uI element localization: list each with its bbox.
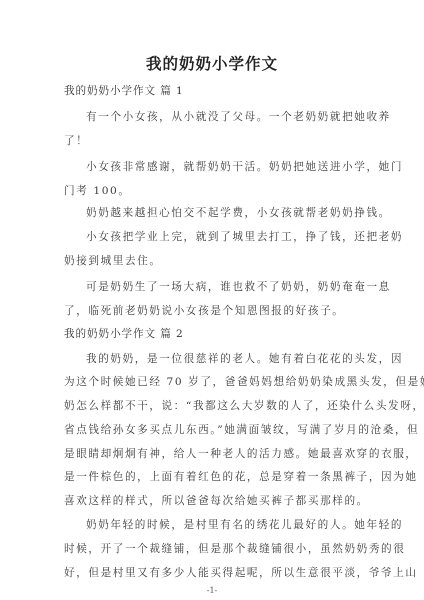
document-title: 我的奶奶小学作文	[0, 52, 424, 74]
paragraph-line: 门考 100。	[64, 184, 362, 198]
section-heading-2: 我的奶奶小学作文 篇 2	[64, 327, 362, 341]
paragraph-line: 奶接到城里去住。	[64, 254, 362, 268]
paragraph-line: 可是奶奶生了一场大病，谁也救不了奶奶，奶奶奄奄一息	[86, 280, 362, 294]
paragraph-line: 喜欢这样的样式，所以爸爸每次给她买裤子都买那样的。	[64, 494, 362, 508]
paragraph-line: 好，但是村里又有多少人能买得起呢，所以生意很平淡，爷爷上山	[64, 566, 362, 580]
paragraph-line: 了，临死前老奶奶说小女孩是个知恩图报的好孩子。	[64, 304, 362, 318]
paragraph-line: 奶怎么样都不干，说：“我都这么大岁数的人了，还染什么头发呀，	[64, 399, 362, 413]
paragraph-line: 是眼睛却炯炯有神，给人一种老人的活力感。她最喜欢穿的衣服，	[64, 447, 362, 461]
section-heading-1: 我的奶奶小学作文 篇 1	[64, 84, 362, 98]
paragraph-line: 有一个小女孩，从小就没了父母。一个老奶奶就把她收养	[86, 110, 362, 124]
paragraph-line: 是一件棕色的，上面有着红色的花，总是穿着一条黑裤子，因为她	[64, 470, 362, 484]
document-page: 我的奶奶小学作文 我的奶奶小学作文 篇 1 有一个小女孩，从小就没了父母。一个老…	[0, 0, 424, 600]
paragraph-line: 省点钱给孙女多买点儿东西。”她满面皱纹，写满了岁月的沧桑，但	[64, 423, 362, 437]
paragraph-line: 小女孩非常感谢，就帮奶奶干活。奶奶把她送进小学，她门	[86, 160, 362, 174]
paragraph-line: 小女孩把学业上完，就到了城里去打工，挣了钱，还把老奶	[86, 230, 362, 244]
page-number: -1-	[0, 586, 424, 595]
paragraph-line: 了！	[64, 134, 362, 148]
paragraph-line: 时候，开了一个裁缝铺，但是那个裁缝铺很小，虽然奶奶秀的很	[64, 542, 362, 556]
paragraph-line: 我的奶奶，是一位很慈祥的老人。她有着白花花的头发，因	[86, 352, 362, 366]
paragraph-line: 为这个时候她已经 70 岁了，爸爸妈妈想给奶奶染成黑头发，但是奶	[64, 375, 362, 389]
paragraph-line: 奶奶年轻的时候，是村里有名的绣花儿最好的人。她年轻的	[86, 518, 362, 532]
paragraph-line: 奶奶越来越担心怕交不起学费，小女孩就帮老奶奶挣钱。	[86, 206, 362, 220]
